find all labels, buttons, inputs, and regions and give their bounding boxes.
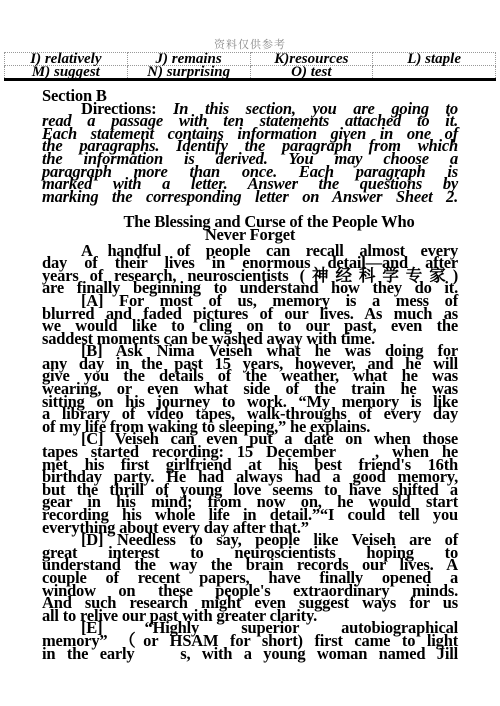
directions-line: marking the corresponding letter on Answ… xyxy=(42,191,458,204)
word-bank-cell: O) test xyxy=(250,66,373,80)
word-bank-cell: N) surprising xyxy=(127,66,250,80)
word-bank-row: M) suggest N) surprising O) test xyxy=(5,66,496,80)
passage-title: The Blessing and Curse of the People Who… xyxy=(42,216,458,241)
word-bank-cell: L) staple xyxy=(373,53,496,66)
passage-paragraph-intro: A handful of people can recall almost ev… xyxy=(42,245,458,295)
document-page: 资料仅供参考 I) relatively J) remains K)resour… xyxy=(0,0,500,706)
passage-paragraph-A: [A] For most of us, memory is a mess ofb… xyxy=(42,295,458,345)
directions-block: Directions: In this section, you are goi… xyxy=(42,103,458,204)
paragraph-line: in the early s, with a young woman named… xyxy=(42,648,458,661)
watermark: 资料仅供参考 xyxy=(0,36,500,52)
passage-paragraph-E: [E] “Highly superior autobiographicalmem… xyxy=(42,622,458,660)
passage-paragraph-B: [B] Ask Nima Veiseh what he was doing fo… xyxy=(42,345,458,433)
passage-paragraph-D: [D] Needless to say, people like Veiseh … xyxy=(42,534,458,622)
passage-body: A handful of people can recall almost ev… xyxy=(42,245,458,661)
passage-paragraph-C: [C] Veiseh can even put a date on when t… xyxy=(42,433,458,534)
word-bank-cell: M) suggest xyxy=(5,66,128,80)
word-bank-table: I) relatively J) remains K)resources L) … xyxy=(4,52,496,81)
word-bank-cell xyxy=(373,66,496,80)
page-content: Section B Directions: In this section, y… xyxy=(42,90,458,660)
